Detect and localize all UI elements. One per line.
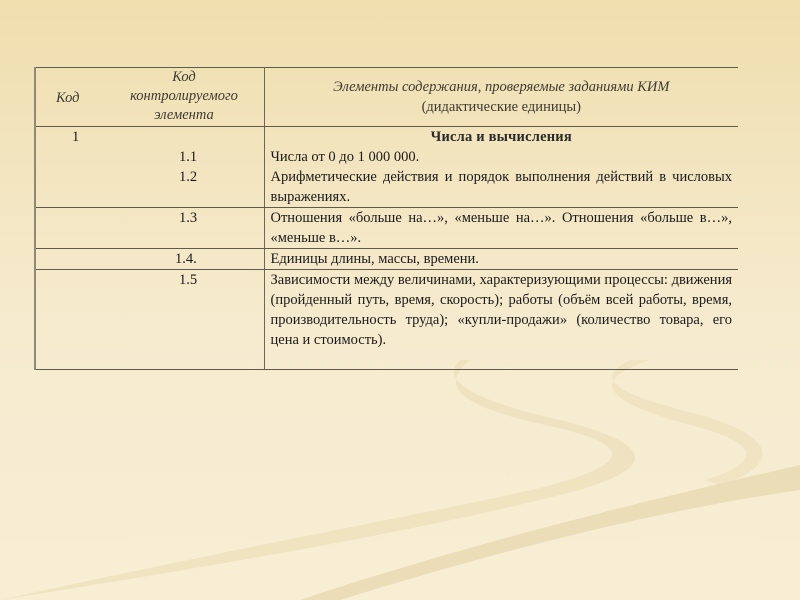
table-row: 1.4. Единицы длины, массы, времени. — [35, 249, 738, 270]
header-content-cell: Элементы содержания, проверяемые задания… — [264, 68, 738, 127]
content-cell: Зависимости между величинами, характериз… — [264, 270, 738, 370]
header-code-cell: Код Код контролируемого элемента — [35, 68, 264, 127]
code-cell: 1.3 — [35, 208, 264, 249]
table-row: 1.5 Зависимости между величинами, характ… — [35, 270, 738, 370]
header-content-sublabel: (дидактические единицы) — [271, 97, 733, 117]
content-cell: Числа и вычисления Числа от 0 до 1 000 0… — [264, 127, 738, 208]
content-cell: Единицы длины, массы, времени. — [264, 249, 738, 270]
code-cell: 1.5 — [35, 270, 264, 370]
section-title: Числа и вычисления — [271, 127, 733, 147]
table-row: 1 1.1 1.2 Числа и вычисления Числа от 0 … — [35, 127, 738, 208]
header-content-label: Элементы содержания, проверяемые задания… — [271, 77, 733, 97]
content-cell: Отношения «больше на…», «меньше на…». От… — [264, 208, 738, 249]
table-row: 1.3 Отношения «больше на…», «меньше на…»… — [35, 208, 738, 249]
item-text: Арифметические действия и порядок выполн… — [271, 167, 733, 207]
code-cell: 1.4. — [35, 249, 264, 270]
item-code: 1.3 — [42, 208, 258, 228]
code-cell: 1 1.1 1.2 — [35, 127, 264, 208]
table-header-row: Код Код контролируемого элемента Элемент… — [35, 68, 738, 127]
item-code: 1.5 — [42, 270, 258, 290]
item-code: 1.4. — [42, 249, 258, 269]
header-code-label: Код — [56, 88, 79, 108]
header-controlled-element-code: Код контролируемого элемента — [104, 68, 264, 125]
section-code: 1 — [42, 129, 79, 145]
item-code: 1.2 — [42, 167, 258, 187]
kim-content-table: Код Код контролируемого элемента Элемент… — [34, 67, 738, 370]
item-text: Числа от 0 до 1 000 000. — [271, 147, 733, 167]
item-code: 1.1 — [42, 147, 258, 167]
